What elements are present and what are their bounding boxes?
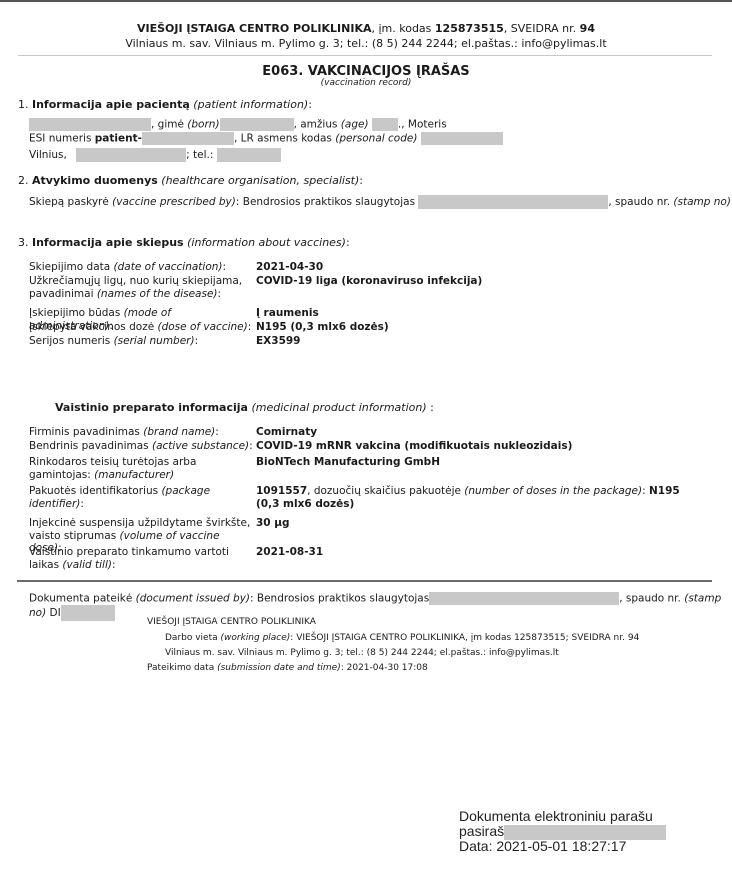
patient-line-1: , gimė (born), amžius (age) ., Moteris [29,118,447,131]
footer-submission-date: Pateikimo data (submission date and time… [147,663,428,673]
top-border [0,0,732,2]
institution-address: Vilniaus m. sav. Vilniaus m. Pylimo g. 3… [0,37,732,50]
brand-name-value: Comirnaty [256,426,317,439]
manufacturer-label: Rinkodaros teisių turėtojas arba gaminto… [29,456,254,481]
signature-line-1: Dokumenta elektroniniu parašu [459,809,653,824]
redacted-personal-code [421,132,503,145]
footer-workplace: Darbo vieta (working place): VIEŠOJI ĮST… [165,633,639,643]
redacted-address [76,148,186,162]
dose-value: N195 (0,3 mlx6 dozės) [256,321,389,334]
patient-line-2: ESI numeris patient-, LR asmens kodas (p… [29,132,503,145]
issued-by-line-2: no) DI [29,605,115,621]
section2-heading: 2. Atvykimo duomenys (healthcare organis… [18,174,363,187]
institution-name: VIEŠOJI ĮSTAIGA CENTRO POLIKLINIKA [137,22,371,35]
vaccination-date-value: 2021-04-30 [256,261,323,274]
medicinal-heading: Vaistinio preparato informacija (medicin… [55,401,434,414]
brand-name-label: Firminis pavadinimas (brand name): [29,426,254,439]
sveidra-number: 94 [580,22,595,35]
footer-address: Vilniaus m. sav. Vilniaus m. Pylimo g. 3… [165,648,559,658]
dose-label: Įskiepyta vakcinos dozė (dose of vaccine… [29,321,254,334]
active-substance-value: COVID-19 mRNR vakcina (modifikuotais nuk… [256,440,572,453]
footer-divider [17,580,712,582]
prescribed-by-line: Skiepą paskyrė (vaccine prescribed by): … [29,195,731,209]
redacted-stamp-number [61,605,115,621]
section3-heading: 3. Informacija apie skiepus (information… [18,236,350,249]
serial-number-value: EX3599 [256,335,301,348]
footer-institution: VIEŠOJI ĮSTAIGA CENTRO POLIKLINIKA [147,617,316,627]
document-title: E063. VAKCINACIJOS ĮRAŠAS [0,64,732,79]
active-substance-label: Bendrinis pavadinimas (active substance)… [29,440,254,453]
disease-label: Užkrečiamųjų ligų, nuo kurių skiepijama,… [29,275,254,300]
disease-value: COVID-19 liga (koronaviruso infekcija) [256,275,482,288]
signature-date: Data: 2021-05-01 18:27:17 [459,839,626,854]
redacted-patient-name [29,118,151,131]
header-divider [18,55,712,56]
valid-till-label: Vaistinio preparato tinkamumo vartoti la… [29,546,254,571]
package-identifier-label: Pakuotės identifikatorius (package ident… [29,485,254,510]
vaccination-date-label: Skiepijimo data (date of vaccination): [29,261,254,274]
redacted-phone [217,148,281,162]
package-identifier-value: 1091557, dozuočių skaičius pakuotėje (nu… [256,485,696,510]
valid-till-value: 2021-08-31 [256,546,323,559]
redacted-issuer-name [429,592,619,605]
patient-line-3: Vilnius, ; tel.: [29,148,281,162]
institution-header: VIEŠOJI ĮSTAIGA CENTRO POLIKLINIKA, įm. … [0,22,732,35]
redacted-birth-date [220,118,294,131]
document-subtitle: (vaccination record) [0,78,732,88]
issued-by-line: Dokumenta pateikė (document issued by): … [29,592,721,605]
manufacturer-value: BioNTech Manufacturing GmbH [256,456,440,469]
redacted-prescriber-name [418,195,608,209]
institution-code: 125873515 [435,22,504,35]
redacted-esi-number [142,132,234,145]
serial-number-label: Serijos numeris (serial number): [29,335,254,348]
redacted-age [372,118,398,131]
section1-heading: 1. Informacija apie pacientą (patient in… [18,98,312,111]
vaccine-strength-value: 30 µg [256,517,290,530]
administration-mode-value: Į raumenis [256,307,319,320]
